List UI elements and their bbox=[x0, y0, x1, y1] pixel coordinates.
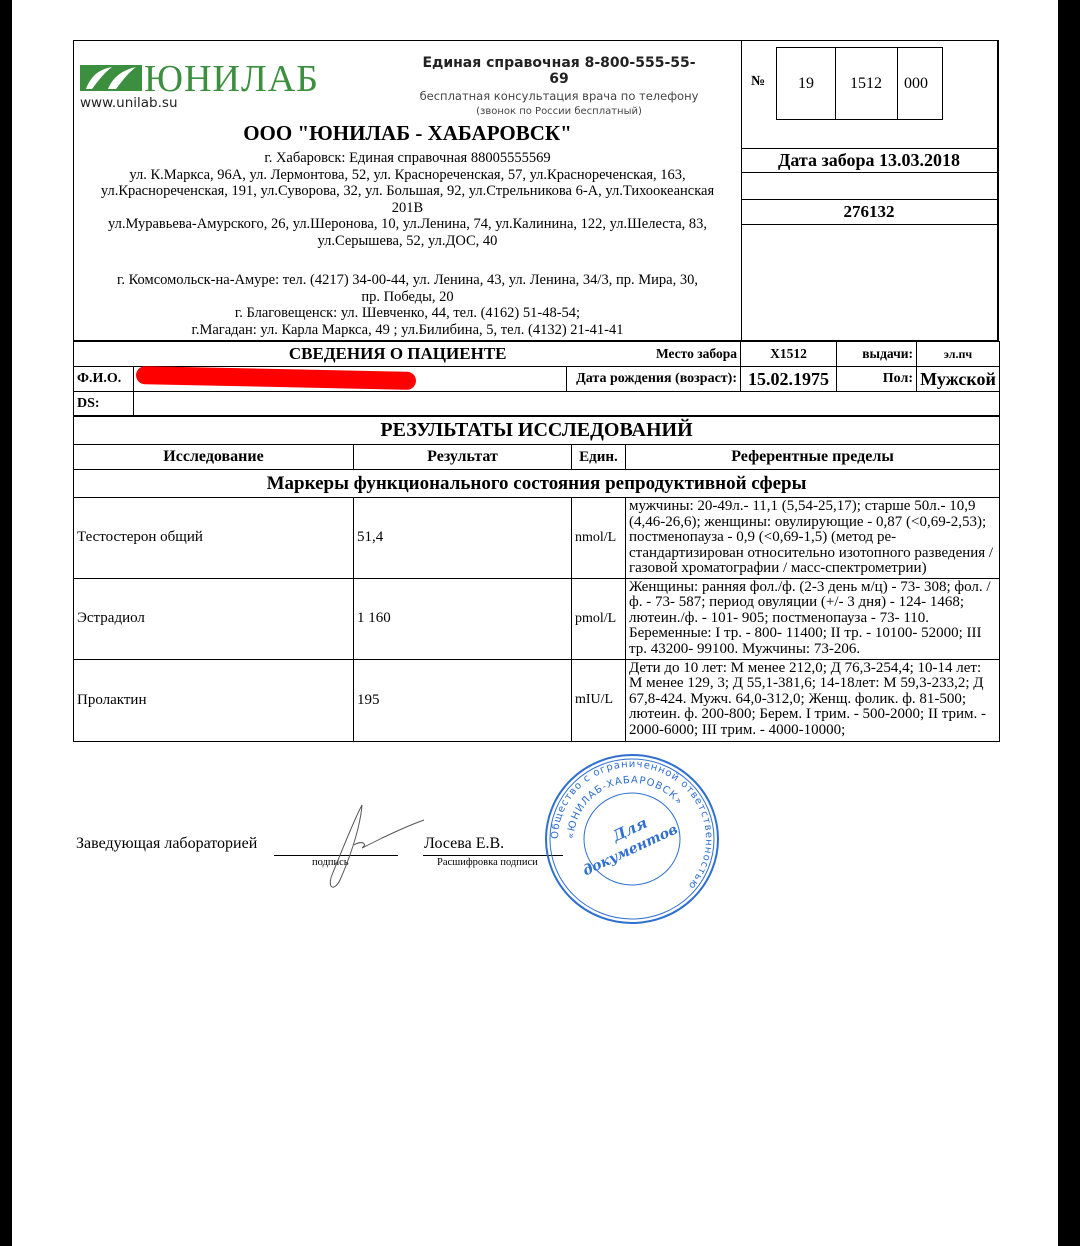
number-label: № bbox=[751, 74, 765, 90]
address-line: г. Комсомольск-на-Амуре: тел. (4217) 34-… bbox=[78, 272, 737, 289]
company-name: ООО "ЮНИЛАБ - ХАБАРОВСК" bbox=[74, 121, 741, 146]
ds-label: DS: bbox=[74, 392, 134, 416]
header-left: ЮНИЛАБ www.unilab.su Единая справочная 8… bbox=[74, 41, 742, 340]
lab-header: ЮНИЛАБ www.unilab.su Единая справочная 8… bbox=[73, 40, 999, 341]
hotline-title: Единая справочная 8-800-555-55-69 bbox=[414, 55, 704, 87]
address-line: ул.Краснореченская, 191, ул.Суворова, 32… bbox=[78, 183, 737, 200]
hotline-subtitle: бесплатная консультация врача по телефон… bbox=[414, 89, 704, 103]
test-unit: mIU/L bbox=[572, 659, 626, 741]
address-line: 201В bbox=[78, 200, 737, 217]
address-line: ул.Серышева, 52, ул.ДОС, 40 bbox=[78, 233, 737, 250]
table-row: Эстрадиол 1 160 pmol/L Женщины: ранняя ф… bbox=[74, 578, 1000, 659]
test-name: Тестостерон общий bbox=[74, 498, 354, 579]
sex-value: Мужской bbox=[917, 367, 1000, 392]
test-reference: Женщины: ранняя фол./ф. (2-3 день м/ц) -… bbox=[626, 578, 1000, 659]
fio-label: Ф.И.О. bbox=[74, 367, 134, 392]
address-line: г. Благовещенск: ул. Шевченко, 44, тел. … bbox=[78, 305, 737, 322]
test-result: 1 160 bbox=[354, 578, 572, 659]
address-line: ул.Муравьева-Амурского, 26, ул.Шеронова,… bbox=[78, 216, 737, 233]
signature-role: Заведующая лабораторией bbox=[76, 835, 257, 853]
test-unit: pmol/L bbox=[572, 578, 626, 659]
results-title: РЕЗУЛЬТАТЫ ИССЛЕДОВАНИЙ bbox=[74, 417, 1000, 445]
hotline-block: Единая справочная 8-800-555-55-69 беспла… bbox=[414, 55, 704, 117]
dob-value: 15.02.1975 bbox=[741, 367, 837, 392]
results-group-title: Маркеры функционального состояния репрод… bbox=[74, 470, 1000, 498]
issue-value: эл.пч bbox=[917, 342, 1000, 367]
test-name: Пролактин bbox=[74, 659, 354, 741]
test-unit: nmol/L bbox=[572, 498, 626, 579]
hotline-note: (звонок по России бесплатный) bbox=[414, 106, 704, 117]
ds-value bbox=[134, 392, 1000, 416]
website-link[interactable]: www.unilab.su bbox=[80, 95, 178, 111]
document-page: ЮНИЛАБ www.unilab.su Единая справочная 8… bbox=[12, 0, 1058, 1246]
signer-name: Лосева Е.В. bbox=[424, 835, 504, 853]
number-part-1: 19 bbox=[776, 47, 836, 120]
place-value: X1512 bbox=[741, 342, 837, 367]
results-table: РЕЗУЛЬТАТЫ ИССЛЕДОВАНИЙ Исследование Рез… bbox=[73, 416, 1000, 742]
divider bbox=[741, 199, 997, 200]
divider bbox=[741, 148, 997, 149]
handwritten-signature-icon bbox=[302, 800, 432, 895]
test-reference: мужчины: 20-49л.- 11,1 (5,54-25,17); ста… bbox=[626, 498, 1000, 579]
addresses-other-cities: г. Комсомольск-на-Амуре: тел. (4217) 34-… bbox=[78, 272, 737, 338]
test-result: 195 bbox=[354, 659, 572, 741]
address-line: ул. К.Маркса, 96А, ул. Лермонтова, 52, у… bbox=[78, 167, 737, 184]
results-header-row: Исследование Результат Един. Референтные… bbox=[74, 445, 1000, 470]
divider bbox=[741, 224, 997, 225]
place-label: Место забора bbox=[567, 342, 741, 367]
test-name: Эстрадиол bbox=[74, 578, 354, 659]
col-header-unit: Един. bbox=[572, 445, 626, 470]
patient-section-title: СВЕДЕНИЯ О ПАЦИЕНТЕ bbox=[74, 342, 567, 367]
col-header-result: Результат bbox=[354, 445, 572, 470]
header-right: № 19 1512 000 Дата забора 13.03.2018 276… bbox=[741, 41, 997, 340]
test-result: 51,4 bbox=[354, 498, 572, 579]
dob-label: Дата рождения (возраст): bbox=[567, 367, 741, 392]
table-row: Тестостерон общий 51,4 nmol/L мужчины: 2… bbox=[74, 498, 1000, 579]
company-stamp-icon: Общество с ограниченной ответственностью… bbox=[540, 750, 724, 928]
col-header-reference: Референтные пределы bbox=[626, 445, 1000, 470]
divider bbox=[741, 172, 997, 173]
signer-name-caption: Расшифровка подписи bbox=[437, 857, 538, 868]
table-row: Пролактин 195 mIU/L Дети до 10 лет: М ме… bbox=[74, 659, 1000, 741]
test-reference: Дети до 10 лет: М менее 212,0; Д 76,3-25… bbox=[626, 659, 1000, 741]
col-header-test: Исследование bbox=[74, 445, 354, 470]
collection-date: Дата забора 13.03.2018 bbox=[741, 150, 997, 171]
addresses-khabarovsk: г. Хабаровск: Единая справочная 88005555… bbox=[78, 150, 737, 249]
order-id: 276132 bbox=[741, 202, 997, 222]
number-part-3: 000 bbox=[897, 47, 943, 120]
sex-label: Пол: bbox=[837, 367, 917, 392]
address-line: г.Магадан: ул. Карла Маркса, 49 ; ул.Бил… bbox=[78, 322, 737, 339]
address-line: пр. Победы, 20 bbox=[78, 289, 737, 306]
number-part-2: 1512 bbox=[835, 47, 898, 120]
unilab-leaf-logo-icon bbox=[80, 65, 142, 91]
address-line: г. Хабаровск: Единая справочная 88005555… bbox=[78, 150, 737, 167]
issue-label: выдачи: bbox=[837, 342, 917, 367]
